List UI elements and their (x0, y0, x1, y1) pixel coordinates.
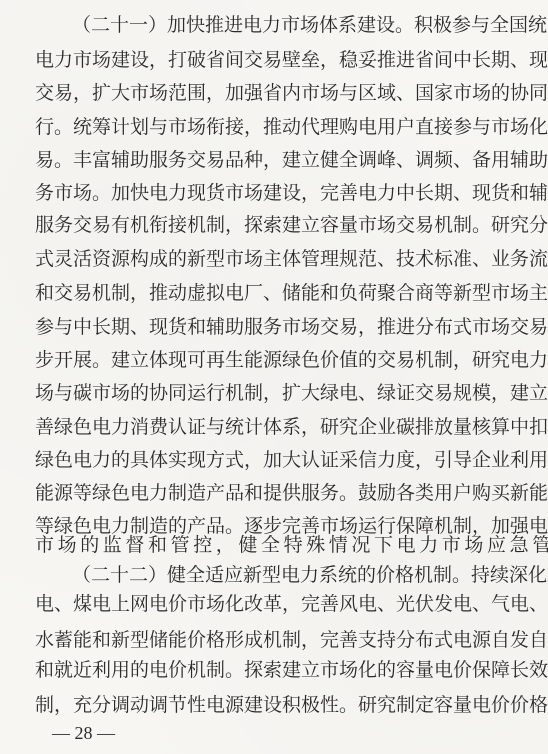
text-line: 务市场。加快电力现货市场建设，完善电力中长期、现货和辅助 (35, 178, 515, 208)
text-line: 绿色电力的具体实现方式，加大认证采信力度，引导企业利用新 (35, 445, 515, 475)
text-line: 电力市场建设，打破省间交易壁垒，稳妥推进省间中长期、现货 (35, 45, 515, 75)
text-line: 制，充分调动调节性电源建设积极性。研究制定容量电价价格疏 (35, 690, 515, 720)
text-line: 场与碳市场的协同运行机制，扩大绿电、绿证交易规模，建立完 (35, 378, 515, 408)
text-line: 电、煤电上网电价市场化改革，完善风电、光伏发电、气电、抽 (35, 589, 515, 619)
paragraph-21-heading-line: （二十一）加快推进电力市场体系建设。积极参与全国统一 (72, 10, 515, 40)
text-line: 行。统筹计划与市场衔接，推动代理购电用户直接参与市场化交 (35, 112, 515, 142)
text-line: 易。丰富辅助服务交易品种，建立健全调峰、调频、备用辅助服 (35, 145, 515, 175)
text-line: 服务交易有机衔接机制，探索建立容量市场交易机制。研究分布 (35, 210, 515, 240)
text-line: 和交易机制，推动虚拟电厂、储能和负荷聚合商等新型市场主体 (35, 278, 515, 308)
document-page: （二十一）加快推进电力市场体系建设。积极参与全国统一 电力市场建设，打破省间交易… (0, 0, 548, 754)
text-line: 和就近利用的电价机制。探索建立市场化的容量电价保障长效机 (35, 655, 515, 685)
text-line: 水蓄能和新型储能价格形成机制，完善支持分布式电源自发自用 (35, 625, 515, 655)
paragraph-21-last-line: 市场的监督和管控，健全特殊情况下电力市场应急管理机制。 (35, 530, 515, 560)
text-line: 步开展。建立体现可再生能源绿色价值的交易机制，研究电力市 (35, 345, 515, 375)
text-line: 参与中长期、现货和辅助服务市场交易，推进分布式市场交易逐 (35, 312, 515, 342)
paragraph-22-heading-line: （二十二）健全适应新型电力系统的价格机制。持续深化水 (72, 560, 515, 590)
page-number: — 28 — (52, 720, 115, 746)
text-line: 善绿色电力消费认证与统计体系，研究企业碳排放量核算中扣减 (35, 412, 515, 442)
text-line: 能源等绿色电力制造产品和提供服务。鼓励各类用户购买新能源 (35, 478, 515, 508)
text-line: 交易，扩大市场范围，加强省内市场与区域、国家市场的协同运 (35, 78, 515, 108)
text-line: 式灵活资源构成的新型市场主体管理规范、技术标准、业务流程 (35, 244, 515, 274)
